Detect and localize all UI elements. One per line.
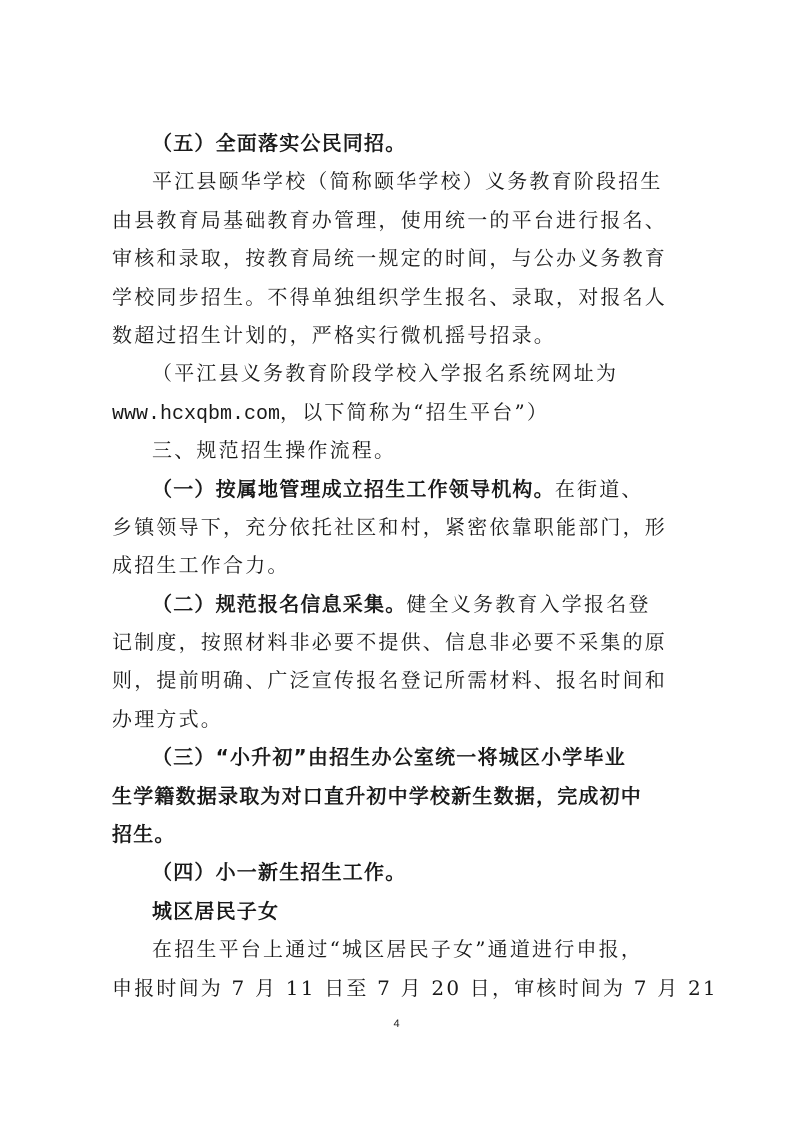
bold-text: （三）“小升初”由招生办公室统一将城区小学毕业: [152, 745, 626, 769]
paragraph-line: www.hcxqbm.com，以下简称为“招生平台”）: [112, 393, 657, 431]
bold-paragraph-line: 招生。: [112, 815, 657, 853]
paragraph-line: （一）按属地管理成立招生工作领导机构。在街道、: [112, 470, 657, 508]
subheading-urban-residents: 城区居民子女: [112, 892, 657, 930]
line-text: 在街道、: [555, 477, 644, 501]
paragraph-line: 成招生工作合力。: [112, 546, 657, 584]
website-link[interactable]: www.hcxqbm.com: [112, 403, 280, 426]
subheading-4: （四）小一新生招生工作。: [112, 853, 657, 891]
line-text: ，以下简称为“招生平台”）: [280, 400, 549, 424]
page-number: 4: [0, 1018, 793, 1030]
paragraph-line: 办理方式。: [112, 700, 657, 738]
paragraph-line: 在招生平台上通过“城区居民子女”通道进行申报，: [112, 930, 657, 968]
paragraph-line: （平江县义务教育阶段学校入学报名系统网址为: [112, 354, 657, 392]
paragraph-line: 申报时间为 7 月 11 日至 7 月 20 日，审核时间为 7 月 21: [112, 969, 657, 1007]
heading-text: （五）全面落实公民同招。: [152, 131, 406, 155]
document-body: （五）全面落实公民同招。 平江县颐华学校（简称颐华学校）义务教育阶段招生 由县教…: [112, 124, 657, 1007]
section-heading-5: （五）全面落实公民同招。: [112, 124, 657, 162]
bold-paragraph-line: 生学籍数据录取为对口直升初中学校新生数据，完成初中: [112, 777, 657, 815]
section-heading-3: 三、规范招生操作流程。: [112, 431, 657, 469]
paragraph-line: 由县教育局基础教育办管理，使用统一的平台进行报名、: [112, 201, 657, 239]
subheading-text: （一）按属地管理成立招生工作领导机构。: [152, 477, 555, 501]
document-page: （五）全面落实公民同招。 平江县颐华学校（简称颐华学校）义务教育阶段招生 由县教…: [0, 0, 793, 1122]
subheading-text: （二）规范报名信息采集。: [152, 592, 406, 616]
subheading-text: （四）小一新生招生工作。: [152, 860, 406, 884]
bold-text: 招生。: [112, 822, 176, 846]
bold-paragraph-line: （三）“小升初”由招生办公室统一将城区小学毕业: [112, 738, 657, 776]
paragraph-line: （二）规范报名信息采集。健全义务教育入学报名登: [112, 585, 657, 623]
paragraph-line: 乡镇领导下，充分依托社区和村，紧密依靠职能部门，形: [112, 508, 657, 546]
paragraph-line: 数超过招生计划的，严格实行微机摇号招录。: [112, 316, 657, 354]
paragraph-line: 学校同步招生。不得单独组织学生报名、录取，对报名人: [112, 278, 657, 316]
paragraph-line: 平江县颐华学校（简称颐华学校）义务教育阶段招生: [112, 162, 657, 200]
paragraph-line: 审核和录取，按教育局统一规定的时间，与公办义务教育: [112, 239, 657, 277]
paragraph-line: 记制度，按照材料非必要不提供、信息非必要不采集的原: [112, 623, 657, 661]
paragraph-line: 则，提前明确、广泛宣传报名登记所需材料、报名时间和: [112, 661, 657, 699]
line-text: 健全义务教育入学报名登: [406, 592, 650, 616]
subheading-text: 城区居民子女: [152, 899, 279, 923]
bold-text: 生学籍数据录取为对口直升初中学校新生数据，完成初中: [112, 784, 642, 808]
